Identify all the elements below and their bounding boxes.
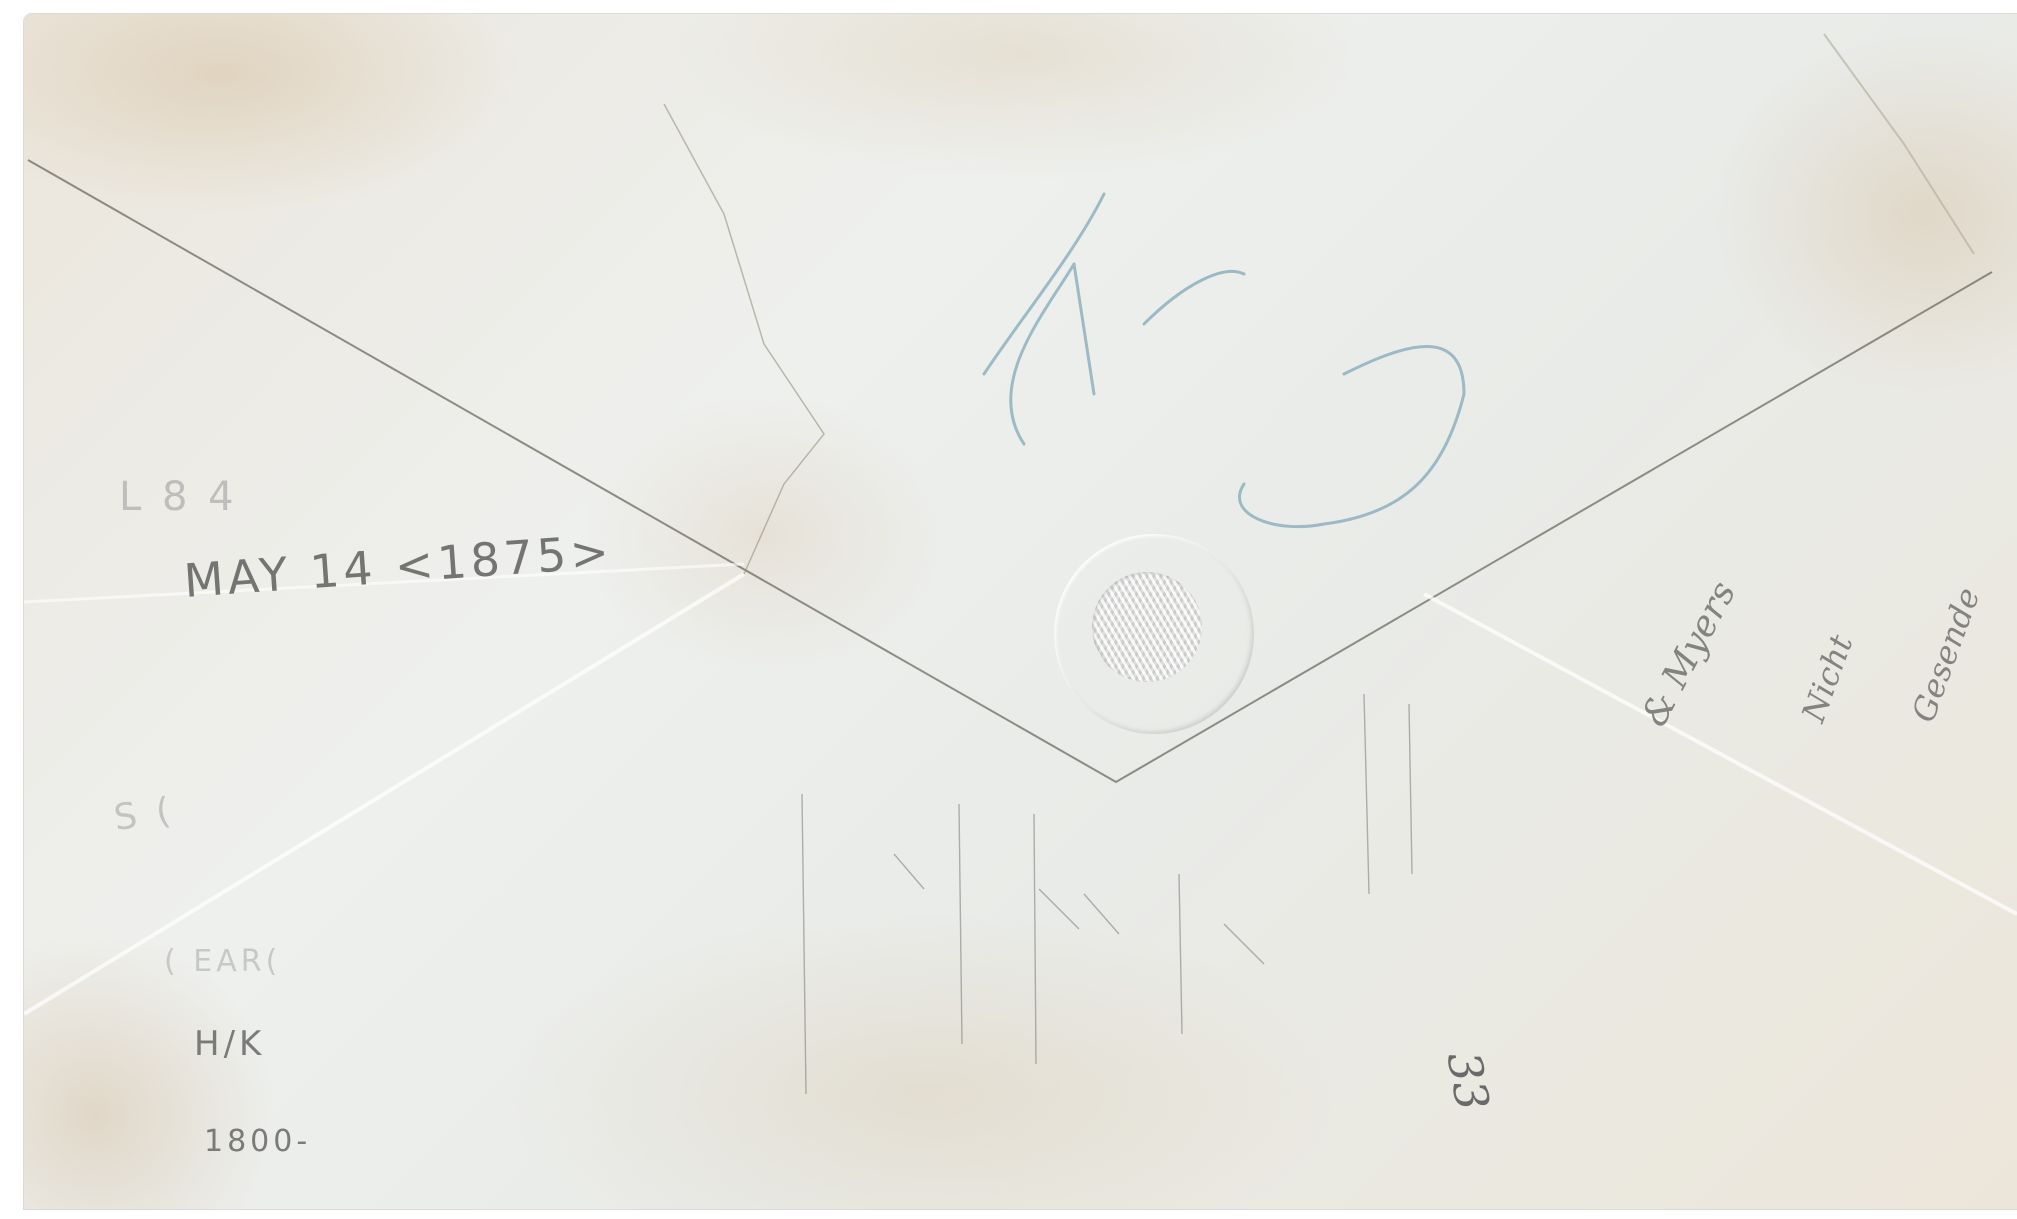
embossed-seal — [1054, 534, 1254, 734]
faint-pencil-note-mid: S ( — [111, 790, 176, 839]
seal-hatched-centre — [1092, 572, 1202, 682]
hk-annotation: H/K — [194, 1024, 265, 1064]
blue-crayon-mark — [984, 194, 1464, 527]
faint-pencil-note-top: L 8 4 — [119, 474, 238, 520]
envelope-back: L 8 4 MAY 14 <1875> S ( ( EAR( H/K 1800-… — [24, 14, 2017, 1209]
pencil-ledger — [802, 694, 1412, 1094]
handwritten-figure: 33 — [1437, 1047, 1500, 1114]
year-annotation: 1800- — [204, 1124, 311, 1159]
faint-pencil-note-low: ( EAR( — [164, 944, 281, 979]
